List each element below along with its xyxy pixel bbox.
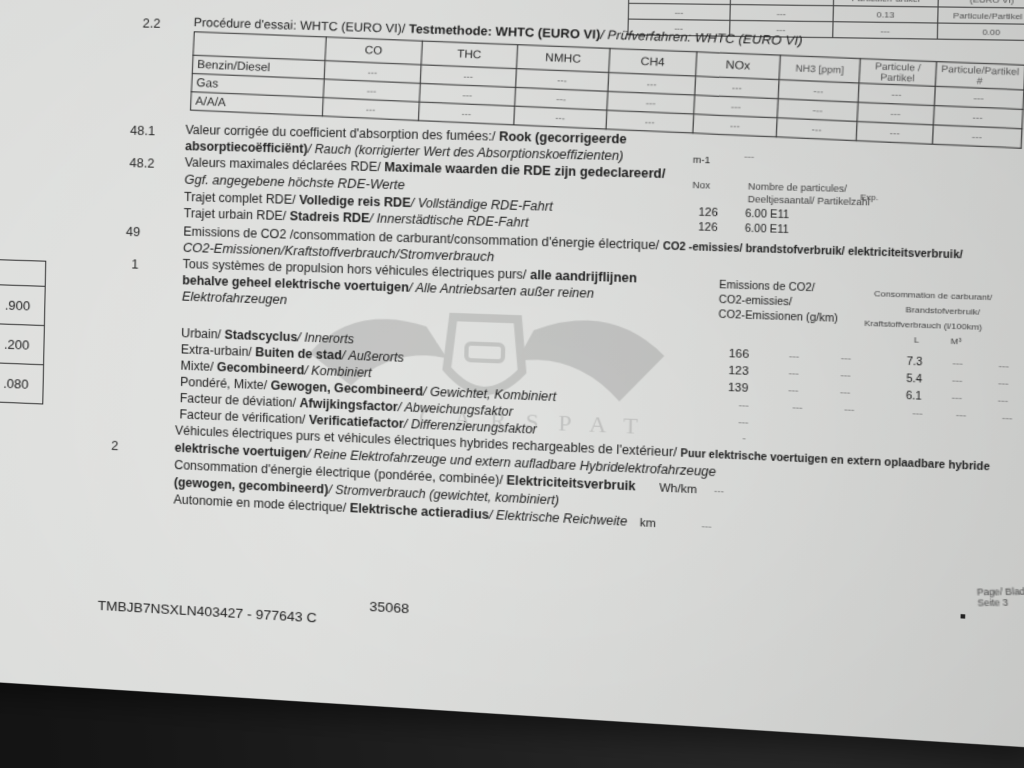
vin-number: TMBJB7NSXLN403427 - 977643 C xyxy=(98,598,317,626)
cell: .900 xyxy=(0,283,45,326)
cell: Particule/Partikel # xyxy=(938,7,1024,24)
unit: M³ xyxy=(951,336,962,347)
co2-value: 166 xyxy=(729,348,750,363)
section-number: 1 xyxy=(131,257,138,271)
cell: --- xyxy=(628,3,730,20)
column-header: NOx xyxy=(696,52,781,80)
cell: .080 xyxy=(0,361,44,404)
fuel-value: 5.4 xyxy=(906,373,922,386)
unit: km xyxy=(640,517,656,530)
text-nl: absorptiecoëfficiënt) xyxy=(185,139,308,156)
cell: --- xyxy=(841,353,851,365)
value: --- xyxy=(701,521,711,532)
value: --- xyxy=(714,486,724,497)
cell: - xyxy=(742,433,746,445)
cell: --- xyxy=(912,408,923,420)
cell: --- xyxy=(739,400,749,412)
unit: m-1 xyxy=(693,154,710,166)
document-code: 35068 xyxy=(369,599,409,617)
text-fr: Trajet urbain RDE/ xyxy=(184,206,290,223)
text-nl: alle aandrijflijnen xyxy=(530,268,637,286)
cell: --- xyxy=(952,392,963,404)
cell: --- xyxy=(789,351,799,363)
text-nl: CO2 -emissies/ brandstofverbruik/ elektr… xyxy=(663,241,963,261)
cell: --- xyxy=(998,361,1009,373)
cell: --- xyxy=(418,102,514,125)
text-nl: Elektriciteitsverbruik xyxy=(506,473,635,494)
unit: L xyxy=(914,335,919,345)
fuel-value: 7.3 xyxy=(907,356,923,369)
particles-value: 6.00 E11 xyxy=(745,209,789,223)
column-header: Emissions de CO2/ xyxy=(719,280,815,296)
text-fr: Trajet complet RDE/ xyxy=(184,190,299,207)
column-header: Particule/Partikel # xyxy=(935,62,1024,90)
cell: --- xyxy=(606,110,694,133)
text-de: / Innerorts xyxy=(297,330,354,346)
cell: --- xyxy=(998,378,1009,390)
cell: --- xyxy=(952,375,963,387)
text-de: / Elektrische Reichweite xyxy=(489,508,628,529)
title-nl: Testmethode: WHTC (EURO VI) xyxy=(409,22,601,42)
cell: --- xyxy=(730,5,833,22)
cell: 0.13 xyxy=(833,6,939,23)
cell: 0.00 xyxy=(938,23,1024,41)
dot-mark xyxy=(961,614,966,619)
nox-value: 126 xyxy=(698,221,718,235)
cell: --- xyxy=(322,98,419,121)
text-de: / Kombiniert xyxy=(304,363,372,380)
nox-value: 126 xyxy=(698,206,718,220)
co2-value: 123 xyxy=(728,365,749,380)
column-header: Consommation de carburant/ xyxy=(874,289,992,303)
unit: Wh/km xyxy=(659,482,697,496)
column-header: Deeltjesaantal/ Partikelzahl xyxy=(748,194,870,209)
column-header: CO2-emissies/ xyxy=(719,295,793,310)
text-fr: Extra-urbain/ xyxy=(181,342,256,359)
text-de: / Außerorts xyxy=(342,348,405,365)
section-number: 48.1 xyxy=(130,124,155,139)
cell: --- xyxy=(998,395,1009,407)
text-fr: Pondéré, Mixte/ xyxy=(180,375,271,393)
cell: --- xyxy=(932,125,1021,148)
text-de: Elektrofahrzeugen xyxy=(182,289,287,308)
left-partial-table: R .900 .200 .080 xyxy=(0,258,46,405)
text-nl: Puur elektrische voertuigen en extern op… xyxy=(680,448,990,473)
column-header: Kraftstoffverbrauch (l/100km) xyxy=(864,318,982,332)
particles-value: 6.00 E11 xyxy=(745,223,789,237)
text-nl: Elektrische actieradius xyxy=(350,501,489,522)
cell: --- xyxy=(840,370,850,382)
text-fr: Valeurs maximales déclarées RDE/ xyxy=(185,155,385,174)
cell: --- xyxy=(832,22,938,39)
cell: --- xyxy=(792,402,802,414)
column-header: Exp. xyxy=(860,192,878,203)
text-nl: Rook (gecorrigeerde xyxy=(499,129,627,146)
cell: --- xyxy=(956,410,967,422)
cell: --- xyxy=(693,114,777,137)
document-page: --- --- Particule/Partikel (EURO VI) ---… xyxy=(0,0,1024,747)
column-header: Particule / Partikel xyxy=(859,59,937,87)
co2-value: 139 xyxy=(728,382,749,397)
cell: --- xyxy=(840,387,850,399)
text-nl: Gecombineerd xyxy=(217,360,305,378)
cell: --- xyxy=(788,385,798,397)
column-header: Brandstofverbruik/ xyxy=(905,305,980,318)
section-number: 49 xyxy=(126,225,140,240)
section-number: 2 xyxy=(111,439,118,453)
column-header: CO2-Emissionen (g/km) xyxy=(718,309,838,326)
cell: --- xyxy=(738,417,748,429)
text-fr: Urbain/ xyxy=(181,326,225,342)
value: --- xyxy=(744,151,754,163)
column-header: Nombre de particules/ xyxy=(748,181,847,195)
column-header: R xyxy=(0,258,46,286)
cell: --- xyxy=(789,368,799,380)
cell: --- xyxy=(844,404,854,416)
text-fr: Mixte/ xyxy=(180,358,217,374)
text-nl: Buiten de stad xyxy=(255,345,342,363)
column-header: CH4 xyxy=(609,48,697,76)
cell: .200 xyxy=(0,322,44,365)
cell: --- xyxy=(776,118,857,141)
fuel-value: 6.1 xyxy=(906,391,922,404)
section-number: 2.2 xyxy=(142,16,160,30)
cell: --- xyxy=(1002,413,1013,425)
page-number: Page/ Blad/ Seite 3 xyxy=(977,586,1024,608)
text-de: / Vollständige RDE-Fahrt xyxy=(411,196,553,214)
text-nl: Stadscyclus xyxy=(224,328,297,345)
text-nl: Volledige reis RDE xyxy=(299,193,411,210)
cell: --- xyxy=(514,106,607,129)
cell: --- xyxy=(952,358,963,370)
column-header: NH3 [ppm] xyxy=(779,55,860,83)
column-header: Nox xyxy=(692,180,710,192)
cell: --- xyxy=(856,121,933,144)
text-nl: Stadreis RDE xyxy=(290,209,370,226)
section-number: 48.2 xyxy=(129,156,154,171)
text-de: / Innerstädtische RDE-Fahrt xyxy=(369,211,528,230)
